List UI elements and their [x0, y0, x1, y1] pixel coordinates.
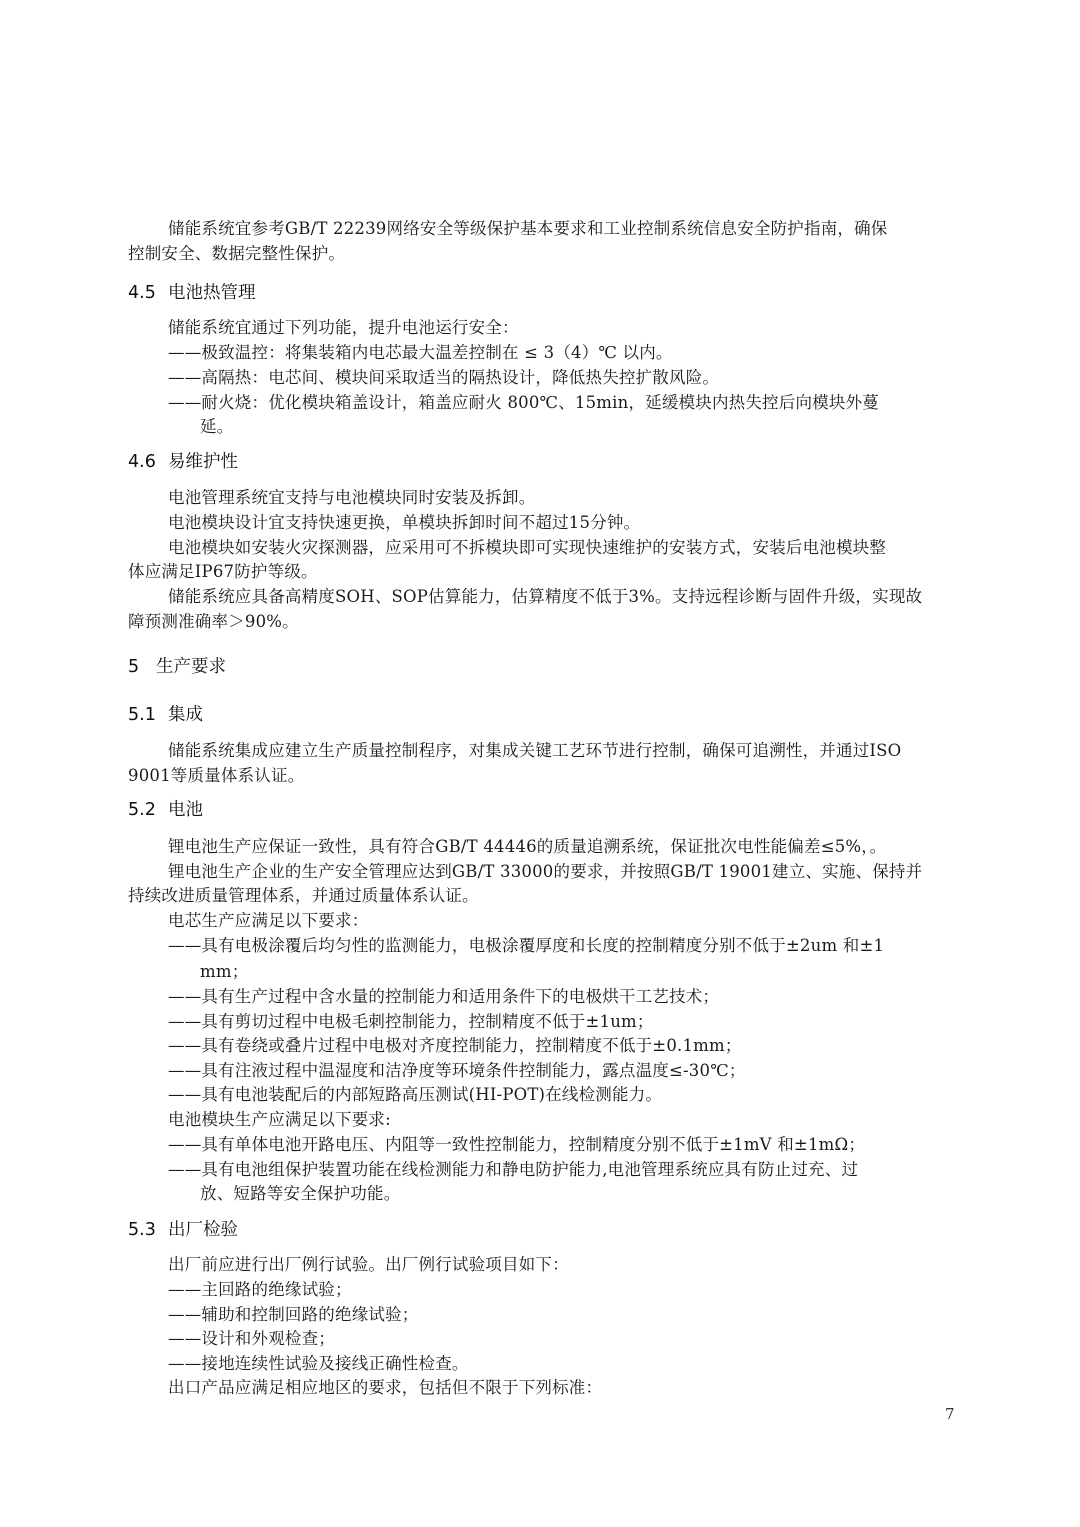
text-line: ——具有剪切过程中电极毛刺控制能力，控制精度不低于±1um；	[168, 1011, 654, 1033]
text-line: ——具有电极涂覆后均匀性的监测能力，电极涂覆厚度和长度的控制精度分别不低于±2u…	[168, 935, 884, 957]
text-line: 储能系统集成应建立生产质量控制程序，对集成关键工艺环节进行控制，确保可追溯性，并…	[168, 740, 901, 762]
text-line: 放、短路等安全保护功能。	[200, 1183, 400, 1205]
text-line: ——接地连续性试验及接线正确性检查。	[168, 1353, 469, 1375]
text-line: ——具有单体电池开路电压、内阻等一致性控制能力，控制精度分别不低于±1mV 和±…	[168, 1134, 865, 1156]
text-line: 储能系统宜参考GB/T 22239网络安全等级保护基本要求和工业控制系统信息安全…	[168, 218, 888, 240]
text-line: ——具有注液过程中温湿度和洁净度等环境条件控制能力，露点温度≤-30℃；	[168, 1060, 746, 1082]
text-line: ——耐火烧：优化模块箱盖设计，箱盖应耐火 800℃、15min，延缓模块内热失控…	[168, 392, 879, 414]
text-line: 锂电池生产应保证一致性，具有符合GB/T 44446的质量追溯系统，保证批次电性…	[168, 836, 886, 858]
text-line: 电池模块生产应满足以下要求:	[168, 1109, 391, 1131]
chapter-heading: 5生产要求	[128, 655, 226, 679]
section-heading: 4.6易维护性	[128, 450, 238, 474]
text-line: 电池模块设计宜支持快速更换，单模块拆卸时间不超过15分钟。	[168, 512, 640, 534]
text-line: ——具有电池组保护装置功能在线检测能力和静电防护能力,电池管理系统应具有防止过充…	[168, 1159, 858, 1181]
page-number: 7	[945, 1404, 955, 1424]
text-line: 出口产品应满足相应地区的要求，包括但不限于下列标准：	[168, 1377, 602, 1399]
section-title: 电池	[168, 800, 203, 820]
section-number: 5.3	[128, 1218, 168, 1242]
text-line: ——设计和外观检查；	[168, 1328, 335, 1350]
text-line: ——具有卷绕或叠片过程中电极对齐度控制能力，控制精度不低于±0.1mm；	[168, 1035, 742, 1057]
text-line: mm；	[200, 961, 248, 983]
section-title: 电池热管理	[168, 283, 256, 303]
section-heading: 4.5电池热管理	[128, 281, 256, 305]
text-line: ——主回路的绝缘试验；	[168, 1279, 352, 1301]
text-line: 储能系统宜通过下列功能，提升电池运行安全：	[168, 317, 519, 339]
text-line: 控制安全、数据完整性保护。	[128, 243, 345, 265]
section-title: 易维护性	[168, 452, 238, 472]
section-title: 出厂检验	[168, 1220, 238, 1240]
section-title: 生产要求	[156, 657, 226, 677]
text-line: 电芯生产应满足以下要求：	[168, 910, 368, 932]
text-line: ——高隔热：电芯间、模块间采取适当的隔热设计，降低热失控扩散风险。	[168, 367, 719, 389]
text-line: ——具有生产过程中含水量的控制能力和适用条件下的电极烘干工艺技术；	[168, 986, 719, 1008]
text-line: ——极致温控：将集装箱内电芯最大温差控制在 ≤ 3（4）℃ 以内。	[168, 342, 673, 364]
section-title: 集成	[168, 705, 203, 725]
section-number: 4.6	[128, 450, 168, 474]
text-line: ——辅助和控制回路的绝缘试验；	[168, 1304, 419, 1326]
text-line: ——具有电池装配后的内部短路高压测试(HI-POT)在线检测能力。	[168, 1084, 662, 1106]
text-line: 储能系统应具备高精度SOH、SOP估算能力，估算精度不低于3%。支持远程诊断与固…	[168, 586, 922, 608]
text-line: 持续改进质量管理体系，并通过质量体系认证。	[128, 885, 479, 907]
text-line: 电池模块如安装火灾探测器，应采用可不拆模块即可实现快速维护的安装方式，安装后电池…	[168, 537, 886, 559]
section-number: 5.1	[128, 703, 168, 727]
text-line: 延。	[200, 416, 233, 438]
section-heading: 5.2电池	[128, 798, 203, 822]
text-line: 出厂前应进行出厂例行试验。出厂例行试验项目如下：	[168, 1254, 569, 1276]
text-line: 体应满足IP67防护等级。	[128, 561, 318, 583]
document-page: 储能系统宜参考GB/T 22239网络安全等级保护基本要求和工业控制系统信息安全…	[0, 0, 1080, 1527]
section-heading: 5.3出厂检验	[128, 1218, 238, 1242]
text-line: 障预测准确率＞90%。	[128, 611, 299, 633]
text-line: 9001等质量体系认证。	[128, 765, 304, 787]
text-line: 电池管理系统宜支持与电池模块同时安装及拆卸。	[168, 487, 535, 509]
text-line: 锂电池生产企业的生产安全管理应达到GB/T 33000的要求，并按照GB/T 1…	[168, 861, 922, 883]
section-heading: 5.1集成	[128, 703, 203, 727]
section-number: 5	[128, 655, 156, 679]
section-number: 4.5	[128, 281, 168, 305]
section-number: 5.2	[128, 798, 168, 822]
